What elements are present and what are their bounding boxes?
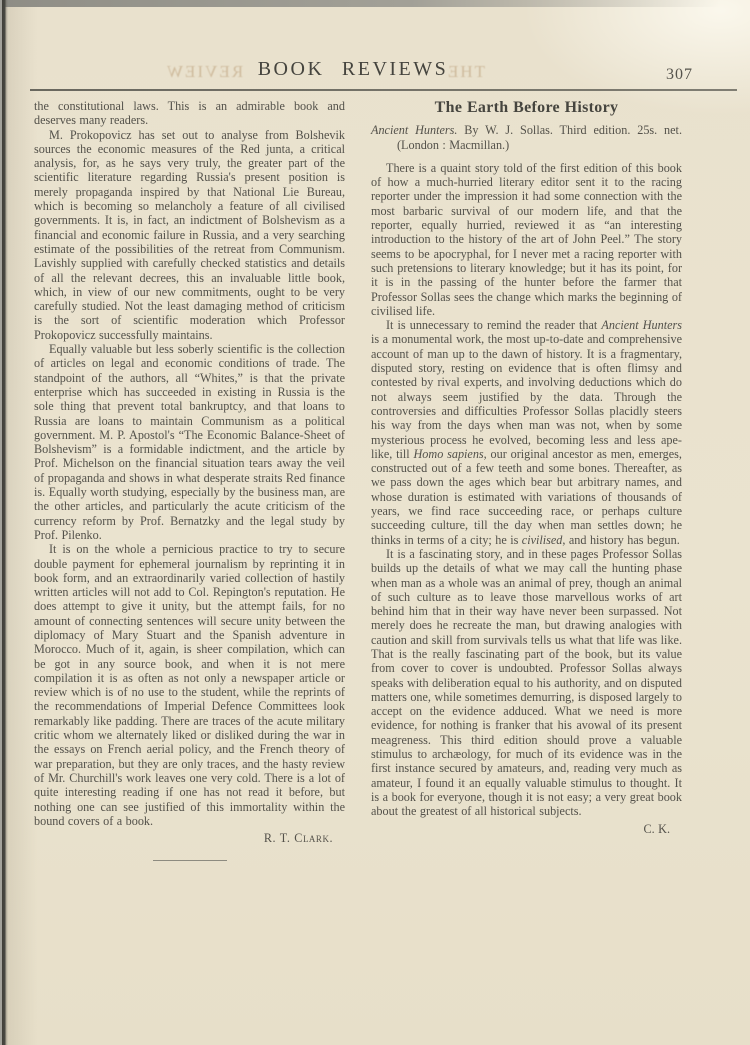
show-through-word: REVIEW — [165, 62, 243, 82]
page-title: BOOK REVIEWS — [258, 58, 449, 81]
scan-edge-top — [0, 0, 750, 7]
paragraph: M. Prokopovicz has set out to analyse fr… — [34, 128, 345, 342]
section-divider-rule — [153, 860, 227, 861]
paragraph: the constitutional laws. This is an admi… — [34, 99, 345, 128]
page-number: 307 — [666, 66, 710, 84]
paragraph: It is unnecessary to remind the reader t… — [371, 318, 682, 547]
right-column: The Earth Before History Ancient Hunters… — [371, 99, 682, 861]
paragraph: There is a quaint story told of the firs… — [371, 161, 682, 318]
paragraph: It is on the whole a pernicious practice… — [34, 542, 345, 828]
text-columns: the constitutional laws. This is an admi… — [34, 99, 682, 861]
review-heading: The Earth Before History — [371, 101, 682, 115]
scan-edge-left — [0, 0, 8, 1045]
paragraph: It is a fascinating story, and in these … — [371, 547, 682, 819]
left-column: the constitutional laws. This is an admi… — [34, 99, 345, 861]
reviewer-signature: C. K. — [371, 822, 682, 836]
page-header: THE REVIEW BOOK REVIEWS — [0, 58, 706, 81]
header-rule — [30, 89, 737, 91]
scanned-page: { "header": { "title": "BOOK REVIEWS", "… — [0, 0, 750, 1045]
show-through-word: THE — [446, 62, 485, 82]
book-citation: Ancient Hunters. By W. J. Sollas. Third … — [371, 123, 682, 152]
reviewer-signature: R. T. Clark. — [34, 831, 345, 845]
paragraph: Equally valuable but less soberly scient… — [34, 342, 345, 542]
